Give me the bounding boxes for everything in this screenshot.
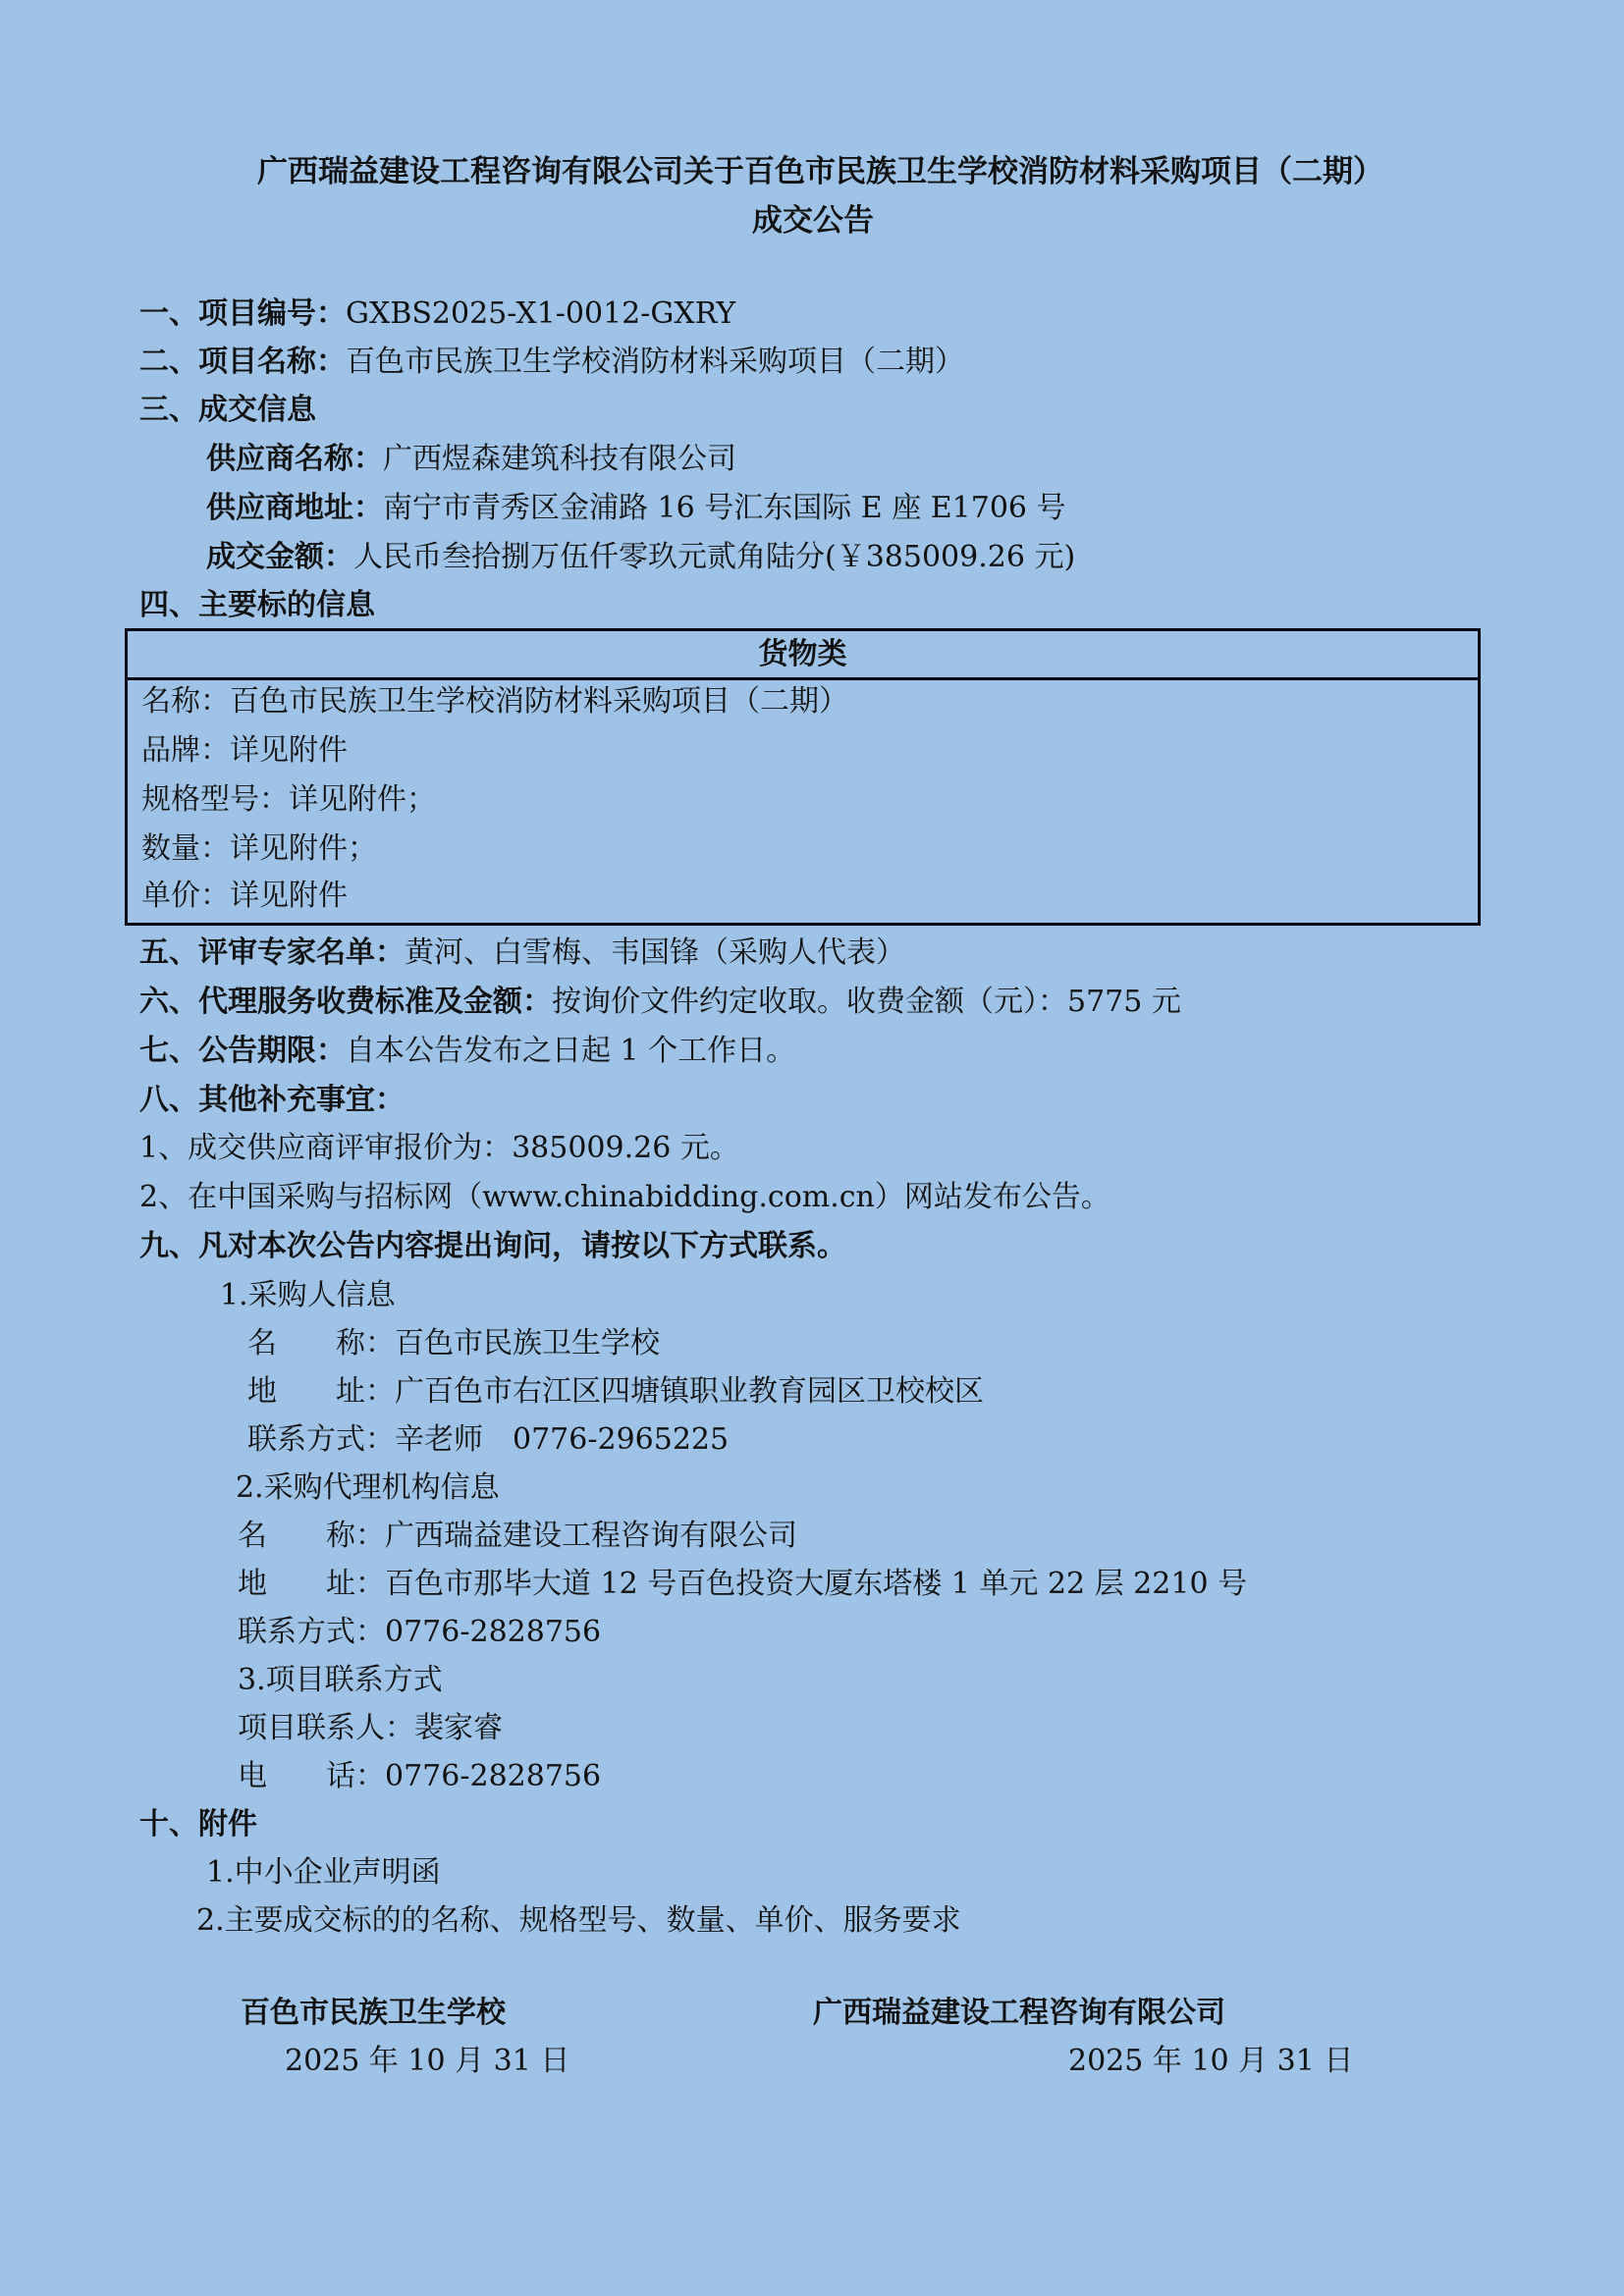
- purchaser-info-heading: 1.采购人信息: [220, 1276, 396, 1315]
- section-other-matters-heading: 八、其他补充事宜：: [139, 1081, 405, 1120]
- notice-period-label: 七、公告期限：: [139, 1034, 346, 1068]
- table-row-name: 名称：百色市民族卫生学校消防材料采购项目（二期）: [141, 682, 848, 721]
- notice-period-value: 自本公告发布之日起 1 个工作日。: [346, 1034, 795, 1068]
- other-matter-item-2: 2、在中国采购与招标网（www.chinabidding.com.cn）网站发布…: [139, 1178, 1110, 1217]
- signature-right-date: 2025 年 10 月 31 日: [1068, 2042, 1353, 2081]
- agency-contact-value: 0776-2828756: [385, 1615, 601, 1649]
- signature-left-date: 2025 年 10 月 31 日: [285, 2042, 569, 2081]
- agency-address-value: 百色市那毕大道 12 号百色投资大厦东塔楼 1 单元 22 层 2210 号: [385, 1567, 1247, 1601]
- project-contact-phone-row: 电 话：0776-2828756: [238, 1757, 601, 1796]
- supplier-name-value: 广西煜森建筑科技有限公司: [383, 442, 736, 476]
- purchaser-contact-label: 联系方式：: [247, 1422, 395, 1457]
- supplier-address-label: 供应商地址：: [206, 491, 383, 525]
- other-matter-item-1: 1、成交供应商评审报价为：385009.26 元。: [139, 1129, 739, 1168]
- section-deal-info-heading: 三、成交信息: [139, 391, 316, 430]
- supplier-address-row: 供应商地址：南宁市青秀区金浦路 16 号汇东国际 E 座 E1706 号: [206, 489, 1066, 528]
- purchaser-address-value: 广百色市右江区四塘镇职业教育园区卫校校区: [395, 1374, 984, 1409]
- purchaser-name-label: 名 称：: [247, 1326, 395, 1361]
- project-contact-phone-value: 0776-2828756: [385, 1759, 601, 1793]
- section-attachments-heading: 十、附件: [139, 1805, 257, 1844]
- agency-name-label: 名 称：: [238, 1519, 385, 1553]
- signature-right-org: 广西瑞益建设工程咨询有限公司: [813, 1994, 1225, 2033]
- agency-address-row: 地 址：百色市那毕大道 12 号百色投资大厦东塔楼 1 单元 22 层 2210…: [238, 1565, 1247, 1604]
- agency-fee-label: 六、代理服务收费标准及金额：: [139, 985, 552, 1019]
- deal-amount-label: 成交金额：: [206, 540, 353, 574]
- document-title-line1: 广西瑞益建设工程咨询有限公司关于百色市民族卫生学校消防材料采购项目（二期）: [257, 150, 1383, 193]
- table-row-spec: 规格型号：详见附件；: [141, 780, 436, 820]
- agency-contact-row: 联系方式：0776-2828756: [238, 1613, 601, 1652]
- section-experts: 五、评审专家名单：黄河、白雪梅、韦国锋（采购人代表）: [139, 934, 905, 973]
- project-contact-person-value: 裴家睿: [414, 1711, 503, 1745]
- agency-address-label: 地 址：: [238, 1567, 385, 1601]
- project-number-value: GXBS2025-X1-0012-GXRY: [346, 296, 735, 331]
- document-title-line2: 成交公告: [752, 199, 874, 242]
- table-row-brand: 品牌：详见附件: [141, 731, 348, 771]
- supplier-address-value: 南宁市青秀区金浦路 16 号汇东国际 E 座 E1706 号: [383, 491, 1066, 525]
- section-project-name: 二、项目名称：百色市民族卫生学校消防材料采购项目（二期）: [139, 343, 964, 382]
- section-contact-heading: 九、凡对本次公告内容提出询问，请按以下方式联系。: [139, 1227, 846, 1266]
- attachment-item-1: 1.中小企业声明函: [206, 1853, 441, 1893]
- table-header-goods: 货物类: [128, 631, 1478, 680]
- agency-name-value: 广西瑞益建设工程咨询有限公司: [385, 1519, 797, 1553]
- supplier-name-label: 供应商名称：: [206, 442, 383, 476]
- purchaser-contact-row: 联系方式：辛老师 0776-2965225: [247, 1420, 729, 1460]
- agency-name-row: 名 称：广西瑞益建设工程咨询有限公司: [238, 1517, 797, 1556]
- agency-fee-value: 按询价文件约定收取。收费金额（元）：5775 元: [552, 985, 1181, 1019]
- table-row-unit-price: 单价：详见附件: [141, 877, 348, 916]
- purchaser-address-label: 地 址：: [247, 1374, 395, 1409]
- supplier-name-row: 供应商名称：广西煜森建筑科技有限公司: [206, 440, 736, 479]
- section-project-number: 一、项目编号：GXBS2025-X1-0012-GXRY: [139, 294, 735, 334]
- project-number-label: 一、项目编号：: [139, 296, 346, 331]
- purchaser-contact-value: 辛老师 0776-2965225: [395, 1422, 729, 1457]
- purchaser-address-row: 地 址：广百色市右江区四塘镇职业教育园区卫校校区: [247, 1372, 984, 1412]
- purchaser-name-value: 百色市民族卫生学校: [395, 1326, 660, 1361]
- table-row-quantity: 数量：详见附件；: [141, 829, 377, 869]
- experts-label: 五、评审专家名单：: [139, 935, 405, 970]
- subject-info-table: 货物类 名称：百色市民族卫生学校消防材料采购项目（二期） 品牌：详见附件 规格型…: [125, 628, 1481, 926]
- deal-amount-row: 成交金额：人民币叁拾捌万伍仟零玖元贰角陆分(￥385009.26 元): [206, 538, 1075, 577]
- project-name-label: 二、项目名称：: [139, 345, 346, 379]
- signature-left-org: 百色市民族卫生学校: [241, 1994, 506, 2033]
- agency-info-heading: 2.采购代理机构信息: [236, 1468, 500, 1508]
- experts-value: 黄河、白雪梅、韦国锋（采购人代表）: [405, 935, 905, 970]
- agency-contact-label: 联系方式：: [238, 1615, 385, 1649]
- project-contact-person-label: 项目联系人：: [238, 1711, 414, 1745]
- section-main-subject-heading: 四、主要标的信息: [139, 586, 375, 625]
- project-contact-person-row: 项目联系人：裴家睿: [238, 1709, 503, 1748]
- project-contact-heading: 3.项目联系方式: [238, 1661, 443, 1700]
- section-agency-fee: 六、代理服务收费标准及金额：按询价文件约定收取。收费金额（元）：5775 元: [139, 983, 1181, 1022]
- deal-amount-value: 人民币叁拾捌万伍仟零玖元贰角陆分(￥385009.26 元): [353, 540, 1075, 574]
- section-notice-period: 七、公告期限：自本公告发布之日起 1 个工作日。: [139, 1032, 795, 1071]
- purchaser-name-row: 名 称：百色市民族卫生学校: [247, 1324, 660, 1363]
- attachment-item-2: 2.主要成交标的的名称、规格型号、数量、单价、服务要求: [196, 1901, 961, 1941]
- project-contact-phone-label: 电 话：: [238, 1759, 385, 1793]
- project-name-value: 百色市民族卫生学校消防材料采购项目（二期）: [346, 345, 964, 379]
